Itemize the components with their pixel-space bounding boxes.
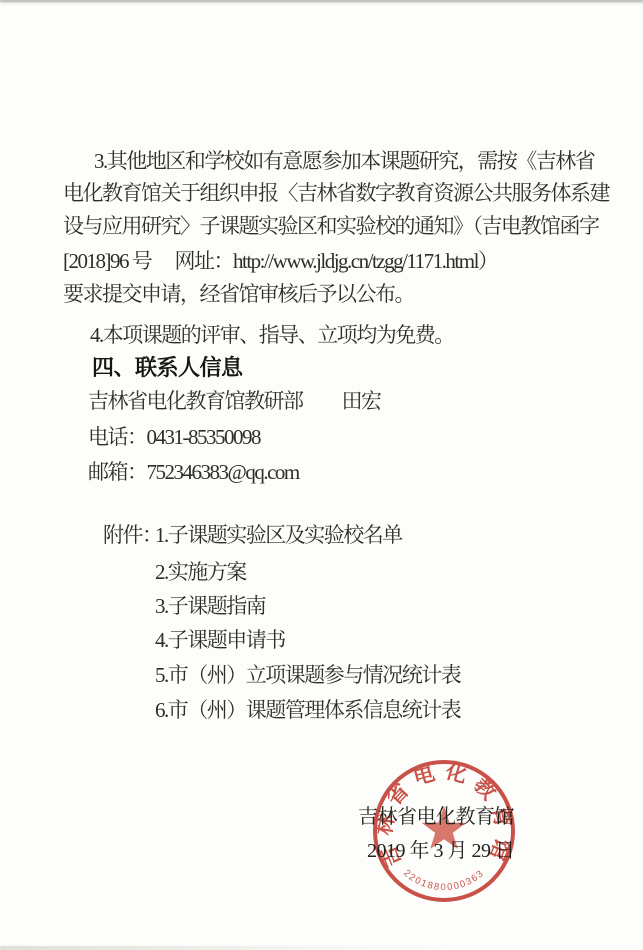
attachment-item-2: 2.实施方案 — [155, 559, 246, 585]
attachment-item-4: 4.子课题申请书 — [155, 627, 285, 653]
scan-artifact-bottom-edge — [0, 946, 470, 950]
seal-serial-number: 2201880000363 — [401, 868, 487, 893]
official-seal: 吉林省电化教育馆 2201880000363 — [364, 751, 524, 911]
scanned-document-page: 3.其他地区和学校如有意愿参加本课题研究，需按《吉林省 电化教育馆关于组织申报〈… — [0, 0, 643, 950]
paragraph3-line-4-url: [2018]96 号 网址：http://www.jldjg.cn/tzgg/1… — [63, 248, 497, 274]
contact-department-line: 吉林省电化教育馆教研部 田宏 — [88, 388, 381, 414]
attachment-item-1: 1.子课题实验区及实验校名单 — [155, 522, 402, 548]
signature-organization: 吉林省电化教育馆 — [358, 800, 514, 829]
paragraph3-line-5: 要求提交申请，经省馆审核后予以公布。 — [63, 281, 414, 307]
attachments-label: 附件： — [103, 522, 162, 548]
signature-date: 2019 年 3 月 29 日 — [367, 834, 515, 863]
scan-artifact-top-edge — [0, 0, 643, 5]
section4-heading: 四、联系人信息 — [92, 355, 243, 381]
paragraph3-line-2: 电化教育馆关于组织申报〈吉林省数字教育资源公共服务体系建 — [63, 180, 609, 206]
attachment-item-3: 3.子课题指南 — [155, 593, 265, 619]
paragraph4: 4.本项课题的评审、指导、立项均为免费。 — [90, 322, 454, 348]
contact-email-line: 邮箱：752346383@qq.com — [88, 459, 299, 485]
paragraph3-line-1: 3.其他地区和学校如有意愿参加本课题研究，需按《吉林省 — [94, 148, 594, 174]
attachment-item-6: 6.市（州）课题管理体系信息统计表 — [155, 697, 460, 723]
paragraph3-line-3: 设与应用研究〉子课题实验区和实验校的通知》（吉电教馆函字 — [63, 213, 599, 239]
contact-phone-line: 电话：0431-85350098 — [88, 424, 260, 450]
attachment-item-5: 5.市（州）立项课题参与情况统计表 — [155, 662, 460, 688]
